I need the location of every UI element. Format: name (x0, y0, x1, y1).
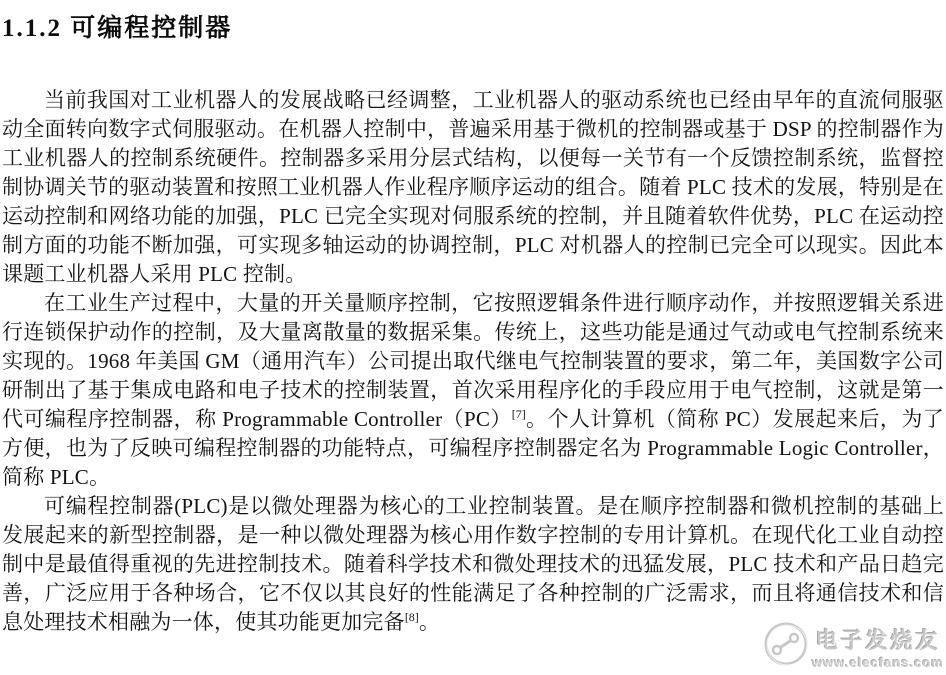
section-heading: 1.1.2 可编程控制器 (2, 8, 944, 44)
citation-ref-7: [7] (512, 407, 526, 421)
document-page: 1.1.2 可编程控制器 当前我国对工业机器人的发展战略已经调整，工业机器人的驱… (0, 0, 946, 675)
watermark-url: www.elecfans.com (812, 655, 944, 670)
paragraph-3-text: 可编程控制器(PLC)是以微处理器为核心的工业控制装置。是在顺序控制器和微机控制… (2, 494, 944, 634)
paragraph-3-text-end: 。 (419, 610, 440, 634)
document-body: 当前我国对工业机器人的发展战略已经调整，工业机器人的驱动系统也已经由早年的直流伺… (2, 86, 944, 637)
paragraph-3: 可编程控制器(PLC)是以微处理器为核心的工业控制装置。是在顺序控制器和微机控制… (2, 492, 944, 637)
paragraph-1: 当前我国对工业机器人的发展战略已经调整，工业机器人的驱动系统也已经由早年的直流伺… (2, 86, 944, 289)
paragraph-1-text: 当前我国对工业机器人的发展战略已经调整，工业机器人的驱动系统也已经由早年的直流伺… (2, 88, 944, 286)
paragraph-2: 在工业生产过程中，大量的开关量顺序控制，它按照逻辑条件进行顺序动作，并按照逻辑关… (2, 289, 944, 492)
citation-ref-8: [8] (405, 610, 419, 624)
